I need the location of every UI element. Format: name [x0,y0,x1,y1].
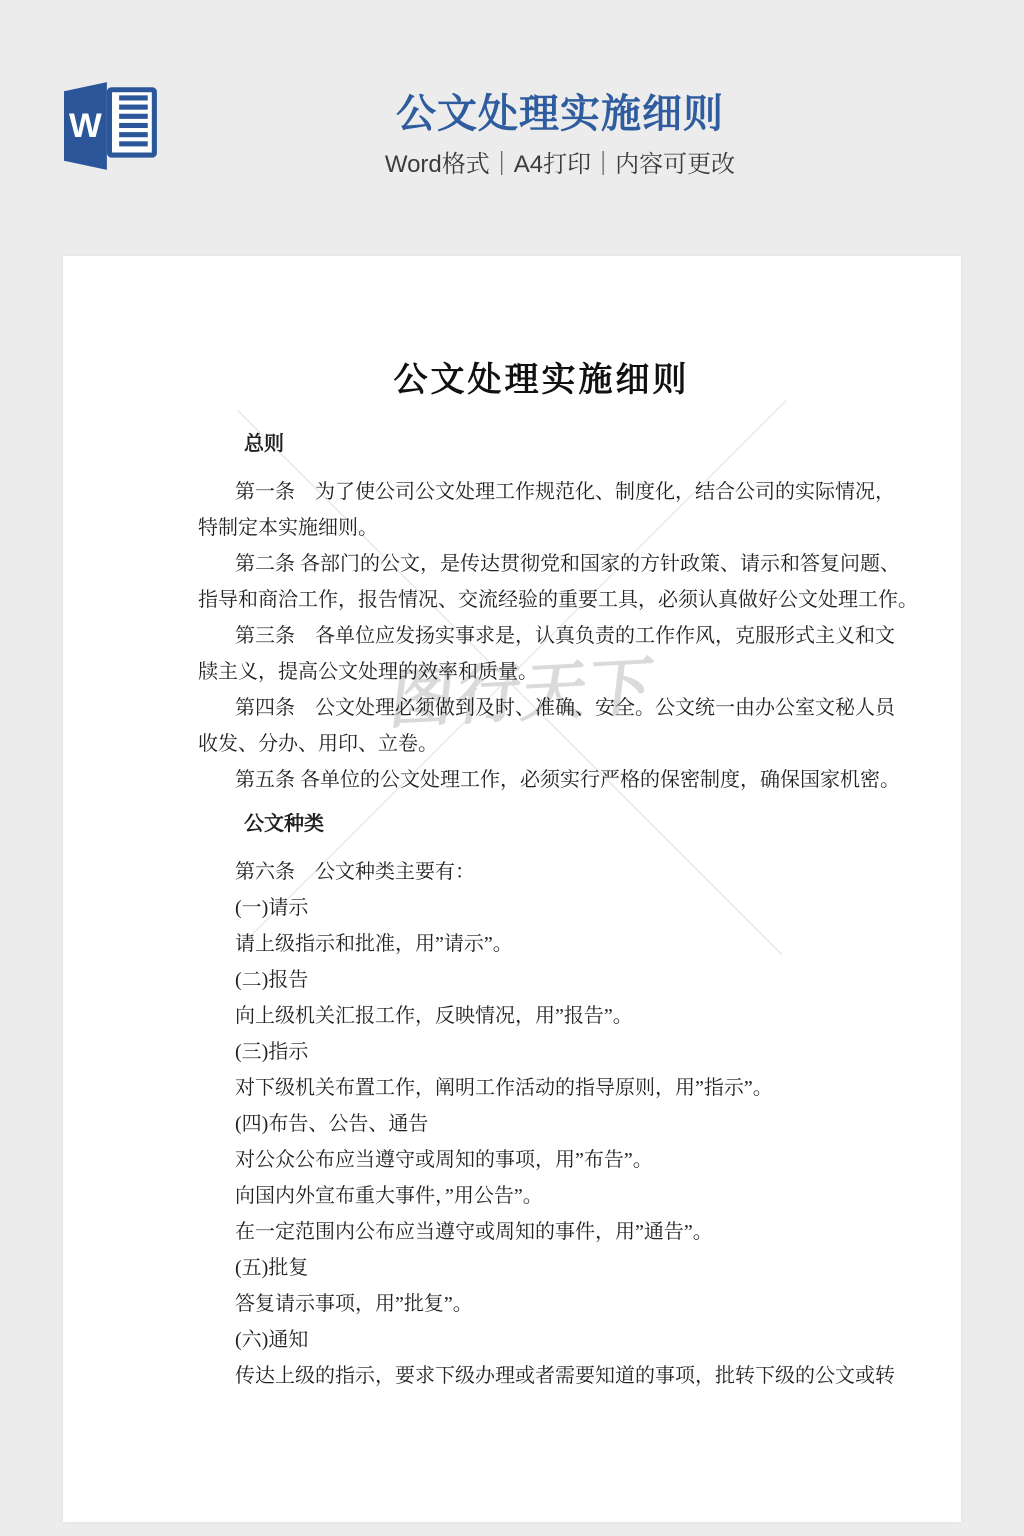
doc-line: 第六条 公文种类主要有： [198,854,885,890]
doc-line: (五)批复 [198,1250,885,1286]
doc-line: 在一定范围内公布应当遵守或周知的事件，用”通告”。 [198,1214,885,1250]
word-icon-graphic: W [64,82,161,170]
doc-line: 指导和商洽工作，报告情况、交流经验的重要工具，必须认真做好公文处理工作。 [198,582,885,618]
document-title: 公文处理实施细则 [198,358,885,404]
doc-line: 对公众公布应当遵守或周知的事项，用”布告”。 [198,1142,885,1178]
document-body: 总则第一条 为了使公司公文处理工作规范化、制度化，结合公司的实际情况，特制定本实… [198,426,885,1394]
doc-line: (一)请示 [198,890,885,926]
header-title: 公文处理实施细则 [330,90,790,138]
doc-line: (二)报告 [198,962,885,998]
doc-line: 第五条 各单位的公文处理工作，必须实行严格的保密制度，确保国家机密。 [198,762,885,798]
document-content: 公文处理实施细则 总则第一条 为了使公司公文处理工作规范化、制度化，结合公司的实… [63,358,961,1394]
doc-line: 第二条 各部门的公文，是传达贯彻党和国家的方针政策、请示和答复问题、 [198,546,885,582]
doc-line: 收发、分办、用印、立卷。 [198,726,885,762]
doc-line: 向国内外宣布重大事件，”用公告”。 [198,1178,885,1214]
doc-line: (六)通知 [198,1322,885,1358]
doc-line: 传达上级的指示，要求下级办理或者需要知道的事项，批转下级的公文或转 [198,1358,885,1394]
header-subtitle: Word格式｜A4打印｜内容可更改 [330,150,790,180]
doc-line: 第四条 公文处理必须做到及时、准确、安全。公文统一由办公室文秘人员 [198,690,885,726]
document-page: 图行天下 公文处理实施细则 总则第一条 为了使公司公文处理工作规范化、制度化，结… [63,256,961,1522]
header-text-block: 公文处理实施细则 Word格式｜A4打印｜内容可更改 [330,90,790,180]
doc-line: 牍主义，提高公文处理的效率和质量。 [198,654,885,690]
doc-line: 对下级机关布置工作，阐明工作活动的指导原则，用”指示”。 [198,1070,885,1106]
word-icon: W [64,82,161,170]
doc-line: (四)布告、公告、通告 [198,1106,885,1142]
page-background: W 公文处理实施细则 Word格式｜A4打印｜内容可更改 图行天下 公文处理实施… [0,0,1024,1536]
doc-line: 第三条 各单位应发扬实事求是，认真负责的工作作风，克服形式主义和文 [198,618,885,654]
section-heading: 公文种类 [198,806,885,842]
doc-line: 第一条 为了使公司公文处理工作规范化、制度化，结合公司的实际情况， [198,474,885,510]
word-icon-letter: W [69,107,102,145]
doc-line: 请上级指示和批准，用”请示”。 [198,926,885,962]
section-heading: 总则 [198,426,885,462]
doc-line: 特制定本实施细则。 [198,510,885,546]
preview-header: W 公文处理实施细则 Word格式｜A4打印｜内容可更改 [0,0,1024,256]
doc-line: 向上级机关汇报工作，反映情况，用”报告”。 [198,998,885,1034]
doc-line: 答复请示事项，用”批复”。 [198,1286,885,1322]
doc-line: (三)指示 [198,1034,885,1070]
